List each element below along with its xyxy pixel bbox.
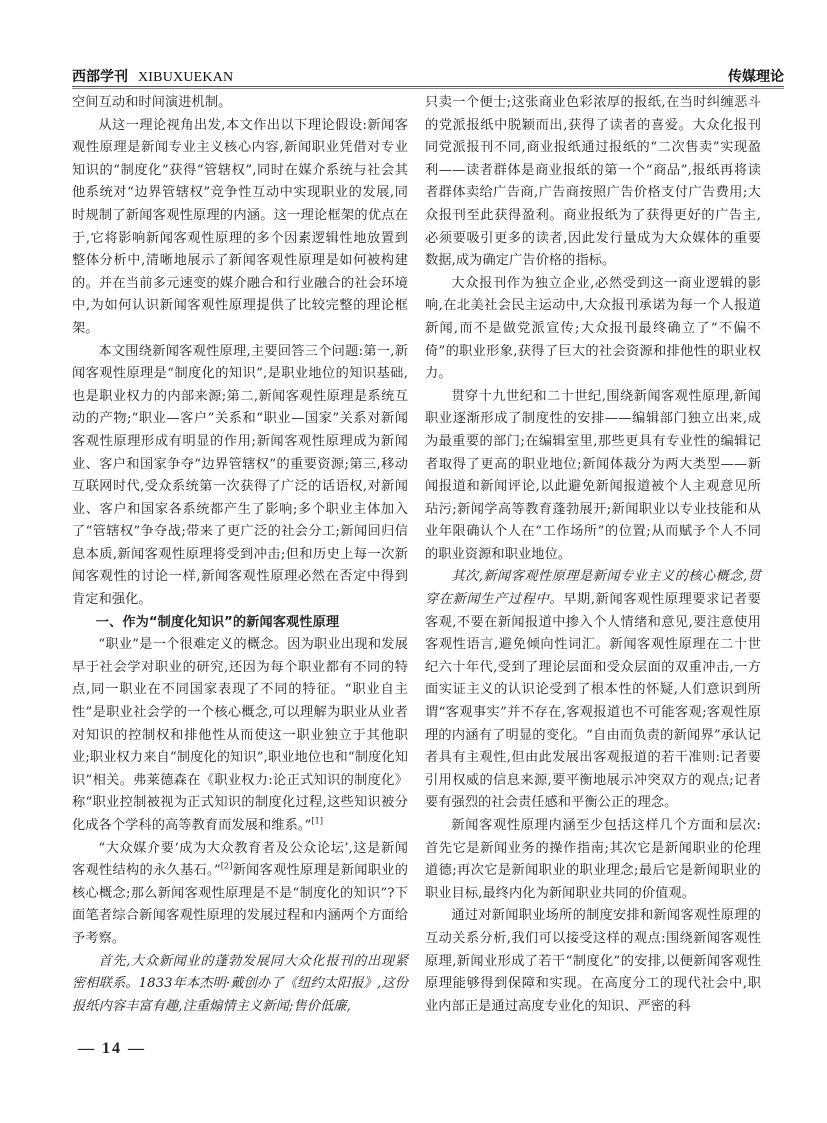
paragraph: 空间互动和时间演进机制。	[72, 92, 408, 115]
paragraph: 从这一理论视角出发,本文作出以下理论假设:新闻客观性原理是新闻专业主义核心内容,…	[72, 115, 408, 341]
journal-title: 西部学刊XIBUXUEKAN	[72, 66, 233, 86]
journal-title-en: XIBUXUEKAN	[138, 70, 233, 85]
page-number: — 14 —	[78, 1040, 146, 1058]
paragraph: 只卖一个便士;这张商业色彩浓厚的报纸,在当时纠缠恶斗的党派报纸中脱颖而出,获得了…	[425, 92, 761, 273]
citation-1[interactable]: [1]	[311, 817, 323, 826]
right-column: 只卖一个便士;这张商业色彩浓厚的报纸,在当时纠缠恶斗的党派报纸中脱颖而出,获得了…	[425, 92, 761, 1018]
paragraph-text: 早期,新闻客观性原理要求记者要客观,不要在新闻报道中掺入个人情绪和意见,要注意使…	[425, 592, 761, 810]
header-divider	[72, 86, 784, 89]
paragraph-text: “职业”是一个很难定义的概念。因为职业出现和发展早于社会学对职业的研究,还因为每…	[72, 637, 408, 833]
paragraph: 通过对新闻职业场所的制度安排和新闻客观性原理的互动关系分析,我们可以接受这样的观…	[425, 905, 761, 1018]
left-column: 空间互动和时间演进机制。 从这一理论视角出发,本文作出以下理论假设:新闻客观性原…	[72, 92, 408, 1018]
running-header: 西部学刊XIBUXUEKAN 传媒理论	[72, 64, 784, 86]
paragraph: 本文围绕新闻客观性原理,主要回答三个问题:第一,新闻客观性原理是“制度化的知识”…	[72, 341, 408, 612]
paragraph: 贯穿十九世纪和二十世纪,围绕新闻客观性原理,新闻职业逐渐形成了制度性的安排——编…	[425, 386, 761, 567]
section-title: 传媒理论	[728, 66, 784, 86]
citation-2[interactable]: [2]	[221, 862, 233, 871]
journal-title-cn: 西部学刊	[72, 69, 128, 85]
paragraph: “大众媒介要‘成为大众教育者及公众论坛’,这是新闻客观性结构的永久基石。”[2]…	[72, 838, 408, 951]
paragraph: 大众报刊作为独立企业,必然受到这一商业逻辑的影响,在北美社会民主运动中,大众报刊…	[425, 273, 761, 386]
paragraph: 首先,大众新闻业的蓬勃发展同大众化报刊的出现紧密相联系。1833年本杰明·戴创办…	[72, 951, 408, 1019]
section-heading: 一、作为“制度化知识”的新闻客观性原理	[72, 612, 408, 635]
paragraph: “职业”是一个很难定义的概念。因为职业出现和发展早于社会学对职业的研究,还因为每…	[72, 634, 408, 837]
paragraph: 其次,新闻客观性原理是新闻专业主义的核心概念,贯穿在新闻生产过程中。早期,新闻客…	[425, 566, 761, 815]
paragraph: 新闻客观性原理内涵至少包括这样几个方面和层次:首先它是新闻业务的操作指南;其次它…	[425, 815, 761, 905]
